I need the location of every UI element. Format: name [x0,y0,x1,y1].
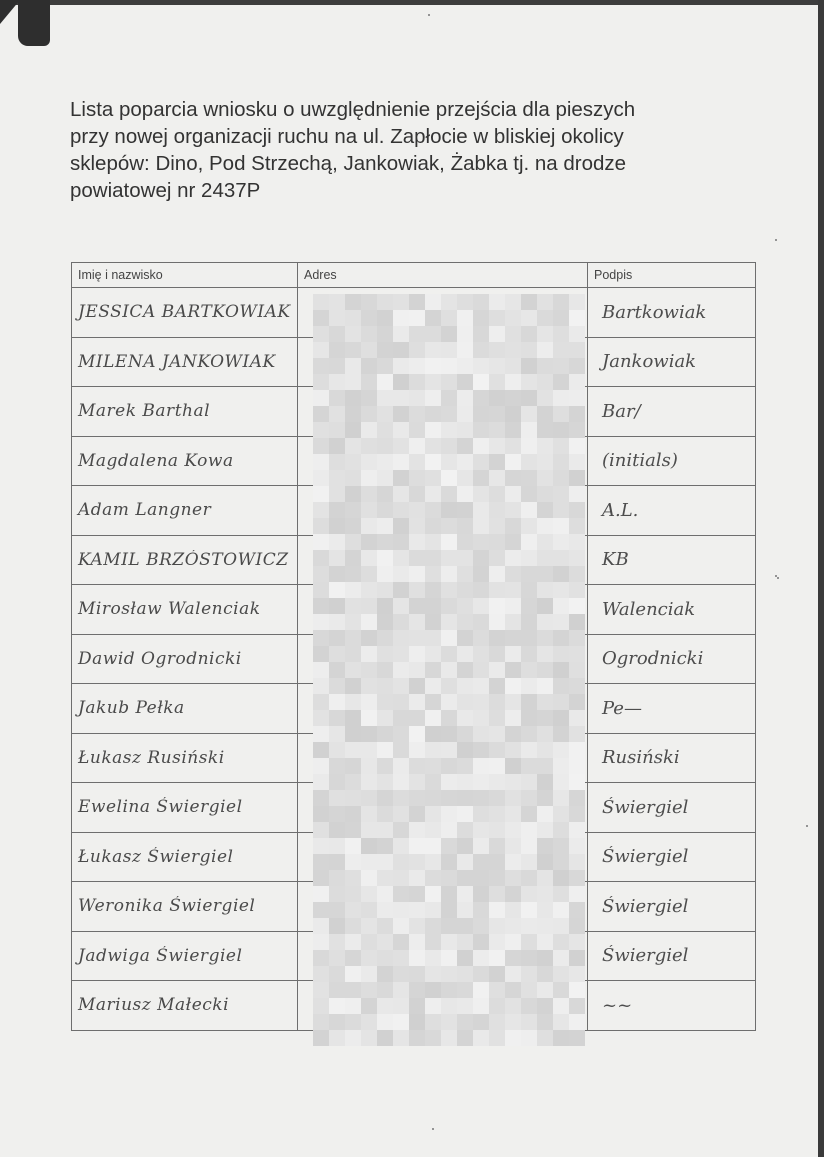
cell-signature: Bar/ [588,387,756,437]
cell-name: Mariusz Małecki [72,981,298,1031]
handwritten-signature: Bar/ [588,401,755,422]
cell-name: Jakub Pełka [72,684,298,734]
cell-signature: Świergiel [588,832,756,882]
handwritten-signature: Świergiel [588,797,755,818]
handwritten-signature: Rusiński [588,747,755,768]
scan-speck [428,14,430,16]
scan-corner-artifact [0,0,20,24]
handwritten-name: Ewelina Świergiel [72,797,297,817]
handwritten-name: Adam Langner [72,500,297,520]
handwritten-signature: Walenciak [588,599,755,620]
cell-signature: Bartkowiak [588,288,756,338]
handwritten-name: Dawid Ogrodnicki [72,649,297,669]
handwritten-signature: Bartkowiak [588,302,755,323]
cell-signature: KB [588,535,756,585]
redacted-address-mosaic [313,294,585,1056]
scan-corner-artifact [18,0,50,46]
handwritten-name: Magdalena Kowa [72,451,297,471]
cell-name: JESSICA BARTKOWIAK [72,288,298,338]
cell-name: Mirosław Walenciak [72,585,298,635]
handwritten-name: Łukasz Rusiński [72,748,297,768]
cell-signature: A.L. [588,486,756,536]
cell-signature: Świergiel [588,783,756,833]
scan-speck [775,239,777,241]
cell-name: Adam Langner [72,486,298,536]
cell-name: Magdalena Kowa [72,436,298,486]
cell-signature: Walenciak [588,585,756,635]
cell-name: Weronika Świergiel [72,882,298,932]
handwritten-name: Jakub Pełka [72,698,297,718]
handwritten-name: Mirosław Walenciak [72,599,297,619]
scan-edge-top [0,0,818,5]
cell-name: MILENA JANKOWIAK [72,337,298,387]
cell-signature: Świergiel [588,882,756,932]
handwritten-name: Weronika Świergiel [72,896,297,916]
cell-name: Łukasz Świergiel [72,832,298,882]
handwritten-name: JESSICA BARTKOWIAK [72,302,297,322]
handwritten-name: Marek Barthal [72,401,297,421]
cell-signature: (initials) [588,436,756,486]
handwritten-name: Jadwiga Świergiel [72,946,297,966]
table-header-row: Imię i nazwisko Adres Podpis [72,263,756,288]
cell-signature: ~~ [588,981,756,1031]
document-title: Lista poparcia wniosku o uwzględnienie p… [70,96,770,204]
handwritten-name: KAMIL BRZÓSTOWICZ [72,550,297,570]
cell-signature: Świergiel [588,931,756,981]
handwritten-signature: ~~ [588,995,755,1016]
handwritten-name: Łukasz Świergiel [72,847,297,867]
handwritten-name: MILENA JANKOWIAK [72,352,297,372]
handwritten-signature: KB [588,549,755,570]
handwritten-signature: Świergiel [588,945,755,966]
handwritten-signature: Ogrodnicki [588,648,755,669]
handwritten-signature: A.L. [588,500,755,521]
header-signature: Podpis [588,263,756,288]
handwritten-signature: Świergiel [588,846,755,867]
scan-speck [777,577,779,579]
cell-signature: Jankowiak [588,337,756,387]
handwritten-name: Mariusz Małecki [72,995,297,1015]
cell-name: Dawid Ogrodnicki [72,634,298,684]
cell-signature: Ogrodnicki [588,634,756,684]
cell-name: Łukasz Rusiński [72,733,298,783]
handwritten-signature: Pe— [588,698,755,719]
handwritten-signature: Jankowiak [588,351,755,372]
handwritten-signature: Świergiel [588,896,755,917]
cell-name: Marek Barthal [72,387,298,437]
header-address: Adres [298,263,588,288]
scan-edge-right [818,0,824,1157]
header-name: Imię i nazwisko [72,263,298,288]
scanned-page: Lista poparcia wniosku o uwzględnienie p… [0,0,818,1157]
cell-name: Ewelina Świergiel [72,783,298,833]
cell-signature: Pe— [588,684,756,734]
cell-name: Jadwiga Świergiel [72,931,298,981]
scan-speck [432,1128,434,1130]
handwritten-signature: (initials) [588,450,755,471]
scan-speck [806,825,808,827]
cell-name: KAMIL BRZÓSTOWICZ [72,535,298,585]
cell-signature: Rusiński [588,733,756,783]
